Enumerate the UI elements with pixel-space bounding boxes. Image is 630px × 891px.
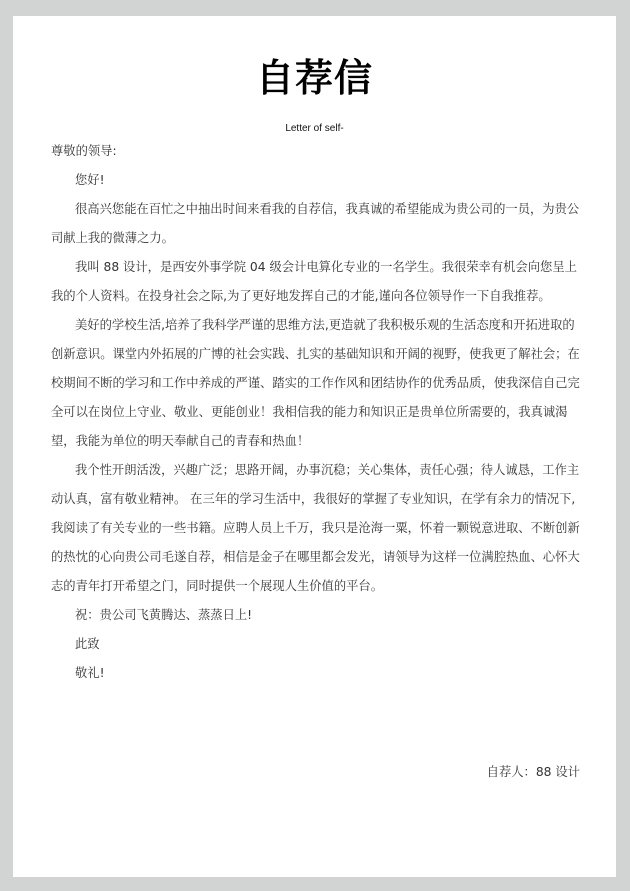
wish-line: 祝：贵公司飞黄腾达、蒸蒸日上! (51, 601, 581, 630)
signature: 自荐人：88 设计 (487, 762, 580, 782)
closing-line-2: 敬礼! (51, 659, 581, 688)
paragraph-self-introduction: 我叫 88 设计，是西安外事学院 04 级会计电算化专业的一名学生。我很荣幸有机… (51, 253, 581, 311)
paragraph-intro: 很高兴您能在百忙之中抽出时间来看我的自荐信，我真诚的希望能成为贵公司的一员，为贵… (51, 195, 581, 253)
closing-line-1: 此致 (51, 630, 581, 659)
salutation: 尊敬的领导: (51, 137, 581, 166)
document-title: 自荐信 (13, 54, 616, 102)
letter-page: 自荐信 Letter of self- 尊敬的领导: 您好! 很高兴您能在百忙之… (13, 16, 616, 877)
letter-body: 尊敬的领导: 您好! 很高兴您能在百忙之中抽出时间来看我的自荐信，我真诚的希望能… (51, 137, 581, 688)
paragraph-school-life: 美好的学校生活,培养了我科学严谨的思维方法,更造就了我积极乐观的生活态度和开拓进… (51, 311, 581, 456)
paragraph-personality: 我个性开朗活泼，兴趣广泛；思路开阔，办事沉稳；关心集体，责任心强；待人诚恳，工作… (51, 456, 581, 601)
document-subtitle: Letter of self- (13, 123, 616, 134)
greeting: 您好! (51, 166, 581, 195)
